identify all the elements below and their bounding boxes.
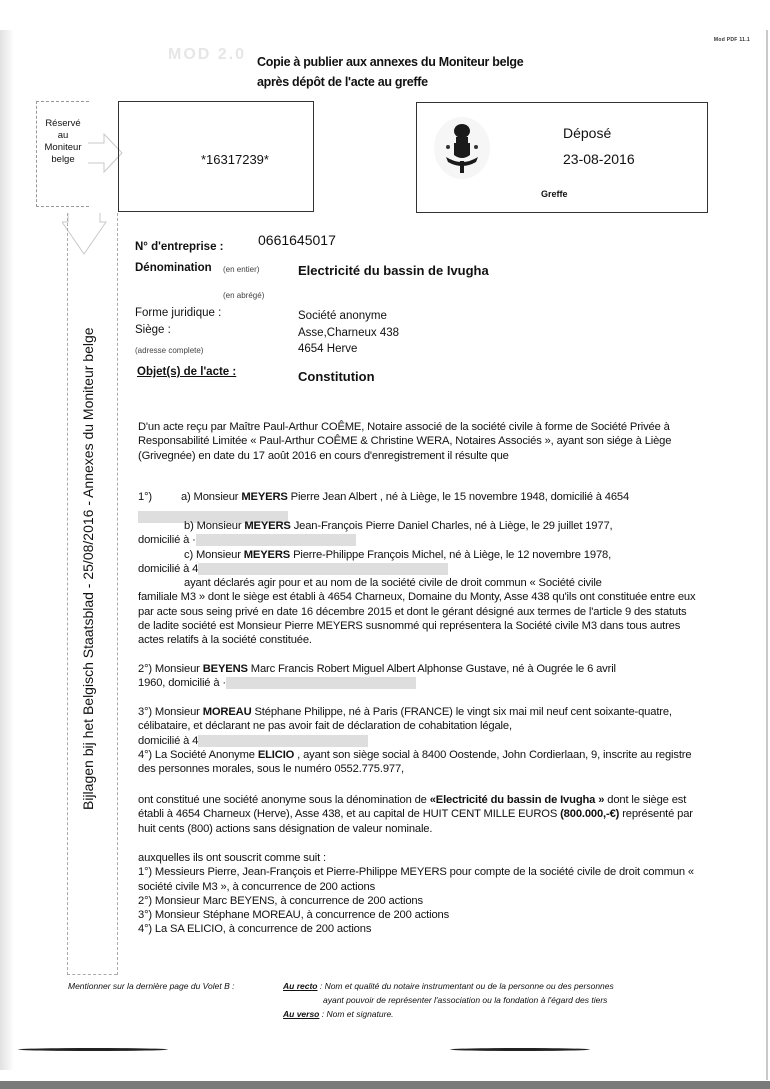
subscription-item: 4°) La SA ELICIO, à concurrence de 200 a… <box>138 922 698 936</box>
verso-text: : Nom et signature. <box>319 1009 393 1019</box>
party-prefix: 2°) Monsieur <box>138 663 203 675</box>
party-1a: 1°) a) Monsieur MEYERS Pierre Jean Alber… <box>138 490 698 504</box>
party-surname: ELICIO <box>258 749 294 761</box>
domicile-label: domicilié à 4 <box>138 735 198 747</box>
denomination-label: Dénomination <box>135 262 212 274</box>
seat-label: Siège : <box>135 324 171 336</box>
recto-label: Au recto <box>283 981 317 991</box>
seat-line-1: Asse,Charneux 438 <box>298 327 399 339</box>
party-prefix: 3°) Monsieur <box>138 706 203 718</box>
declaration-first-line: ayant déclarés agir pour et au nom de la… <box>138 576 698 590</box>
declaration-text: familiale M3 » dont le siège est établi … <box>138 590 698 647</box>
party-surname: MEYERS <box>244 520 290 532</box>
intro-paragraph: D'un acte reçu par Maître Paul-Arthur CO… <box>138 420 698 463</box>
redacted-address <box>198 563 448 575</box>
party-surname: BEYENS <box>203 663 248 675</box>
party-details: Marc Francis Robert Miguel Albert Alphon… <box>248 663 616 675</box>
title-line-2: après dépôt de l'acte au greffe <box>257 72 523 92</box>
scan-bottom-border <box>0 1081 770 1089</box>
party-prefix: c) Monsieur <box>184 549 244 561</box>
party-details: Pierre Jean Albert , né à Liège, le 15 n… <box>288 491 629 503</box>
party-surname: MEYERS <box>241 491 287 503</box>
party-prefix: a) Monsieur <box>181 491 241 503</box>
denomination-full-sub: (en entier) <box>223 265 259 274</box>
subscription-intro: auxquelles ils ont souscrit comme suit : <box>138 851 698 865</box>
subscription-section: auxquelles ils ont souscrit comme suit :… <box>138 851 698 937</box>
verso-label: Au verso <box>283 1009 319 1019</box>
margin-dashed-line <box>67 974 117 976</box>
subscription-item: 2°) Monsieur Marc BEYENS, à concurrence … <box>138 894 698 908</box>
denomination-short-sub: (en abrégé) <box>223 291 264 300</box>
object-label: Objet(s) de l'acte : <box>137 366 236 378</box>
footer-recto-verso: Au recto : Nom et qualité du notaire ins… <box>283 979 723 1021</box>
arrow-down-icon <box>62 212 112 256</box>
deposit-stamp-box: Déposé 23-08-2016 Greffe <box>416 102 708 213</box>
deposit-label: Déposé <box>563 125 611 141</box>
party-surname: MOREAU <box>203 706 252 718</box>
ghost-stamp: MOD 2.0 <box>168 46 246 64</box>
party-details: Pierre-Philippe François Michel, né à Li… <box>290 549 611 561</box>
page-edge <box>766 30 768 1080</box>
domicile-label: domicilié à 4 <box>138 563 198 575</box>
party-2: 2°) Monsieur BEYENS Marc Francis Robert … <box>138 662 698 691</box>
redacted-address <box>198 735 368 747</box>
reserved-moniteur-box: Réservé au Moniteur belge <box>36 101 89 207</box>
company-name: Electricité du bassin de Ivugha <box>298 263 489 278</box>
margin-dashed-line <box>67 213 69 975</box>
constitution-paragraph: ont constitué une société anonyme sous l… <box>138 793 698 836</box>
party-prefix: 4°) La Société Anonyme <box>138 749 258 761</box>
party-details: Jean-François Pierre Daniel Charles, né … <box>291 520 613 532</box>
reserve-line: au <box>37 130 89 142</box>
reserve-line: Moniteur <box>37 142 89 154</box>
seat-sub: (adresse complete) <box>135 346 203 355</box>
constitution-company-name: «Electricité du bassin de Ivugha » <box>430 794 605 806</box>
belgian-coat-of-arms-icon <box>434 117 490 179</box>
document-title: Copie à publier aux annexes du Moniteur … <box>257 52 523 92</box>
domicile-label: domicilié à · <box>138 534 196 546</box>
company-number-label: N° d'entreprise : <box>135 241 224 253</box>
reserve-line: Réservé <box>37 118 89 130</box>
company-number: 0661645017 <box>258 232 336 248</box>
party-prefix: b) Monsieur <box>184 520 244 532</box>
title-line-1: Copie à publier aux annexes du Moniteur … <box>257 52 523 72</box>
constitution-text: ont constitué une société anonyme sous l… <box>138 794 430 806</box>
margin-dashed-line <box>117 213 119 975</box>
publication-id: *16317239* <box>201 152 269 167</box>
party-surname: MEYERS <box>244 549 290 561</box>
redacted-address <box>196 534 356 546</box>
scan-edge-shadow <box>0 30 14 1070</box>
redacted-address <box>226 677 416 689</box>
scan-fold-shadow <box>18 1048 168 1051</box>
object-value: Constitution <box>298 369 375 384</box>
reserve-line: belge <box>37 154 89 166</box>
party-1b: b) Monsieur MEYERS Jean-François Pierre … <box>138 519 698 648</box>
seat-line-2: 4654 Herve <box>298 343 357 355</box>
scan-fold-shadow <box>450 1048 590 1051</box>
recto-text-continued: ayant pouvoir de représenter l'associati… <box>283 993 723 1007</box>
deposit-date: 23-08-2016 <box>563 151 635 167</box>
legal-form: Société anonyme <box>298 310 387 322</box>
legal-form-label: Forme juridique : <box>135 307 221 319</box>
domicile-label: 1960, domicilié à · <box>138 677 226 689</box>
party-number: 1°) <box>138 491 152 503</box>
publication-id-box: *16317239* <box>118 101 314 212</box>
subscription-item: 3°) Monsieur Stéphane MOREAU, à concurre… <box>138 908 698 922</box>
party-3: 3°) Monsieur MOREAU Stéphane Philippe, n… <box>138 705 698 776</box>
margin-publication-text: Bijlagen bij het Belgisch Staatsblad - 2… <box>80 270 96 810</box>
recto-text: : Nom et qualité du notaire instrumentan… <box>317 981 613 991</box>
registry-office: Greffe <box>541 189 568 199</box>
footer-instruction: Mentionner sur la dernière page du Volet… <box>68 979 234 993</box>
constitution-capital: (800.000,-€) <box>560 808 619 820</box>
subscription-item: 1°) Messieurs Pierre, Jean-François et P… <box>138 865 698 894</box>
form-reference: Mod PDF 11.1 <box>714 37 750 43</box>
